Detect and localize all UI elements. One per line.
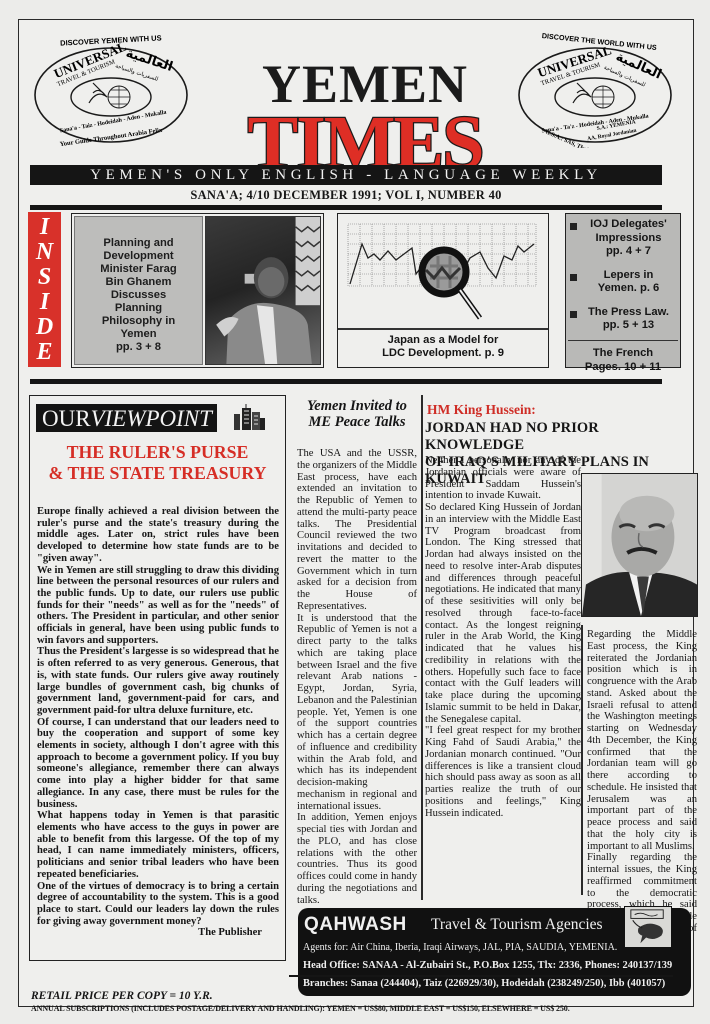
index-item-ioj[interactable]: IOJ Delegates' Impressions pp. 4 + 7: [570, 218, 676, 259]
inside-letter: I: [40, 290, 49, 314]
tagline-bar: YEMEN'S ONLY ENGLISH - LANGUAGE WEEKLY: [30, 165, 662, 185]
index-line: The French: [570, 347, 676, 361]
ad-agents: Agents for: Air China, Iberia, Iraqi Air…: [303, 942, 617, 953]
index-line: Pages. 10 + 11: [570, 361, 676, 375]
headline-line: Yemen Invited to: [297, 398, 417, 414]
teaser-line: Development: [75, 250, 202, 263]
paragraph: Europe finally achieved a real division …: [37, 506, 279, 565]
footer-rule: [289, 975, 673, 977]
retail-price: RETAIL PRICE PER COPY = 10 Y.R.: [31, 990, 213, 1002]
teaser-line: Bin Ghanem: [75, 276, 202, 289]
magnifier-chart-icon: [340, 216, 546, 328]
index-divider: [568, 340, 678, 342]
teaser-line: Planning and: [75, 237, 202, 250]
paragraph: So declared King Hussein of Jordan in an…: [425, 502, 581, 725]
teaser-line: Minister Farag: [75, 263, 202, 276]
universal-travel-ad-left[interactable]: DISCOVER YEMEN WITH US UNIVERSAL TRAVEL …: [31, 33, 191, 148]
universal-travel-ad-right[interactable]: DISCOVER THE WORLD WITH US UNIVERSAL TRA…: [515, 33, 675, 148]
universal-travel-badge-icon: DISCOVER THE WORLD WITH US UNIVERSAL TRA…: [515, 33, 675, 148]
ad-subtitle: Travel & Tourism Agencies: [431, 916, 603, 934]
svg-text:G.S.A.: SAS, Thai,: G.S.A.: SAS, Thai,: [544, 129, 591, 148]
inside-letter: N: [36, 240, 53, 264]
header-our: OUR: [42, 406, 91, 431]
square-bullet-icon: [570, 223, 577, 230]
bird-logo-icon: [624, 906, 672, 948]
article-king-hussein-col1: Neither I personally nor any of the Jord…: [425, 455, 581, 819]
article-headline[interactable]: Yemen Invited to ME Peace Talks: [297, 398, 417, 430]
inside-teaser-japan[interactable]: Japan as a Model for LDC Development. p.…: [337, 213, 549, 368]
japan-caption: Japan as a Model for LDC Development. p.…: [338, 334, 548, 360]
editorial-signature: The Publisher: [37, 927, 279, 939]
teaser-line: Discusses: [75, 289, 202, 302]
portrait-photo-icon: [582, 474, 697, 616]
teaser-line: pp. 3 + 8: [75, 341, 202, 354]
teaser-divider: [338, 328, 548, 330]
paragraph: In addition, Yemen enjoys special ties w…: [297, 812, 417, 906]
square-bullet-icon: [570, 274, 577, 281]
index-line: pp. 4 + 7: [581, 245, 676, 259]
editorial-title-line: & THE STATE TREASURY: [30, 463, 285, 484]
inside-label: I N S I D E: [28, 212, 61, 367]
subscription-rates: ANNUAL SUBSCRIPTIONS (INCLUDES POSTAGE/D…: [31, 1004, 570, 1013]
index-line: Yemen. p. 6: [581, 282, 676, 296]
paragraph: What happens today in Yemen is that para…: [37, 810, 279, 880]
newspaper-front-page: DISCOVER YEMEN WITH US UNIVERSAL TRAVEL …: [18, 19, 694, 1007]
inside-teaser-planning[interactable]: Planning and Development Minister Farag …: [71, 213, 324, 368]
portrait-photo-icon: [206, 217, 320, 364]
article-peace-talks: Yemen Invited to ME Peace Talks The USA …: [297, 398, 417, 906]
ad-head-office: Head Office: SANAA - Al-Zubairi St., P.O…: [303, 960, 672, 971]
viewpoint-section-header: OURVIEWPOINT: [36, 404, 217, 432]
index-item-text: IOJ Delegates' Impressions pp. 4 + 7: [581, 218, 676, 259]
teaser-line: Planning: [75, 302, 202, 315]
building-icon: [231, 404, 267, 432]
teaser-line: Yemen: [75, 328, 202, 341]
inside-letter: I: [40, 215, 49, 239]
article-king-hussein-col2: Regarding the Middle East process, the K…: [587, 629, 697, 946]
paragraph: One of the virtues of democracy is to br…: [37, 881, 279, 928]
paragraph: It is understood that the Republic of Ye…: [297, 613, 417, 813]
header-viewpoint: VIEWPOINT: [91, 406, 212, 431]
index-line: The Press Law.: [581, 306, 676, 320]
paragraph: Of course, I can understand that our lea…: [37, 717, 279, 811]
dateline: SANA'A; 4/10 DECEMBER 1991; VOL I, NUMBE…: [30, 188, 662, 203]
editorial-body: Europe finally achieved a real division …: [37, 506, 279, 939]
paragraph: Regarding the Middle East process, the K…: [587, 629, 697, 852]
caption-line: LDC Development. p. 9: [338, 347, 548, 360]
ad-brand: QAHWASH: [304, 914, 407, 936]
inside-letter: D: [36, 315, 53, 339]
universal-travel-badge-icon: DISCOVER YEMEN WITH US UNIVERSAL TRAVEL …: [31, 33, 191, 148]
yemen-times-logo: YEMEN TIMES: [217, 50, 507, 180]
king-hussein-photo: [581, 473, 698, 617]
paragraph: We in Yemen are still struggling to draw…: [37, 565, 279, 647]
headline-line: JORDAN HAD NO PRIOR KNOWLEDGE: [425, 420, 687, 454]
column-rule: [421, 395, 423, 900]
masthead-rule: [30, 205, 662, 210]
index-line: Lepers in: [581, 269, 676, 283]
editorial-title: THE RULER'S PURSE & THE STATE TREASURY: [30, 442, 285, 484]
article-kicker: HM King Hussein:: [425, 402, 687, 417]
index-item-text: Lepers in Yemen. p. 6: [581, 269, 676, 296]
index-line: pp. 5 + 13: [581, 319, 676, 333]
caption-line: Japan as a Model for: [338, 334, 548, 347]
teaser-planning-text: Planning and Development Minister Farag …: [74, 216, 203, 365]
ad-branches: Branches: Sanaa (244404), Taiz (226929/3…: [303, 978, 665, 989]
index-item-french-pages[interactable]: The French Pages. 10 + 11: [570, 347, 676, 374]
article-body: The USA and the USSR, the organizers of …: [297, 448, 417, 906]
index-item-text: The Press Law. pp. 5 + 13: [581, 306, 676, 333]
paragraph: Neither I personally nor any of the Jord…: [425, 455, 581, 502]
square-bullet-icon: [570, 311, 577, 318]
headline-line: ME Peace Talks: [297, 414, 417, 430]
teaser-line: Philosophy in: [75, 315, 202, 328]
inside-index-box: IOJ Delegates' Impressions pp. 4 + 7 Lep…: [565, 213, 681, 368]
editorial-title-line: THE RULER'S PURSE: [30, 442, 285, 463]
inside-letter: E: [36, 340, 52, 364]
index-item-lepers[interactable]: Lepers in Yemen. p. 6: [570, 269, 676, 296]
index-line: IOJ Delegates': [581, 218, 676, 232]
index-line: Impressions: [581, 232, 676, 246]
inside-letter: S: [38, 265, 51, 289]
paragraph: The USA and the USSR, the organizers of …: [297, 448, 417, 613]
paragraph: "I feel great respect for my brother Kin…: [425, 725, 581, 819]
column-rule: [581, 625, 583, 895]
minister-photo: [205, 216, 321, 365]
japan-graph-illustration: [340, 216, 546, 328]
editorial-our-viewpoint: OURVIEWPOINT THE RULER'S PURSE & THE STA…: [29, 395, 286, 961]
section-rule: [30, 379, 662, 384]
qahwash-travel-ad[interactable]: QAHWASH Travel & Tourism Agencies Agents…: [298, 908, 691, 996]
index-item-press-law[interactable]: The Press Law. pp. 5 + 13: [570, 306, 676, 333]
paragraph: Thus the President's largesse is so wide…: [37, 646, 279, 716]
